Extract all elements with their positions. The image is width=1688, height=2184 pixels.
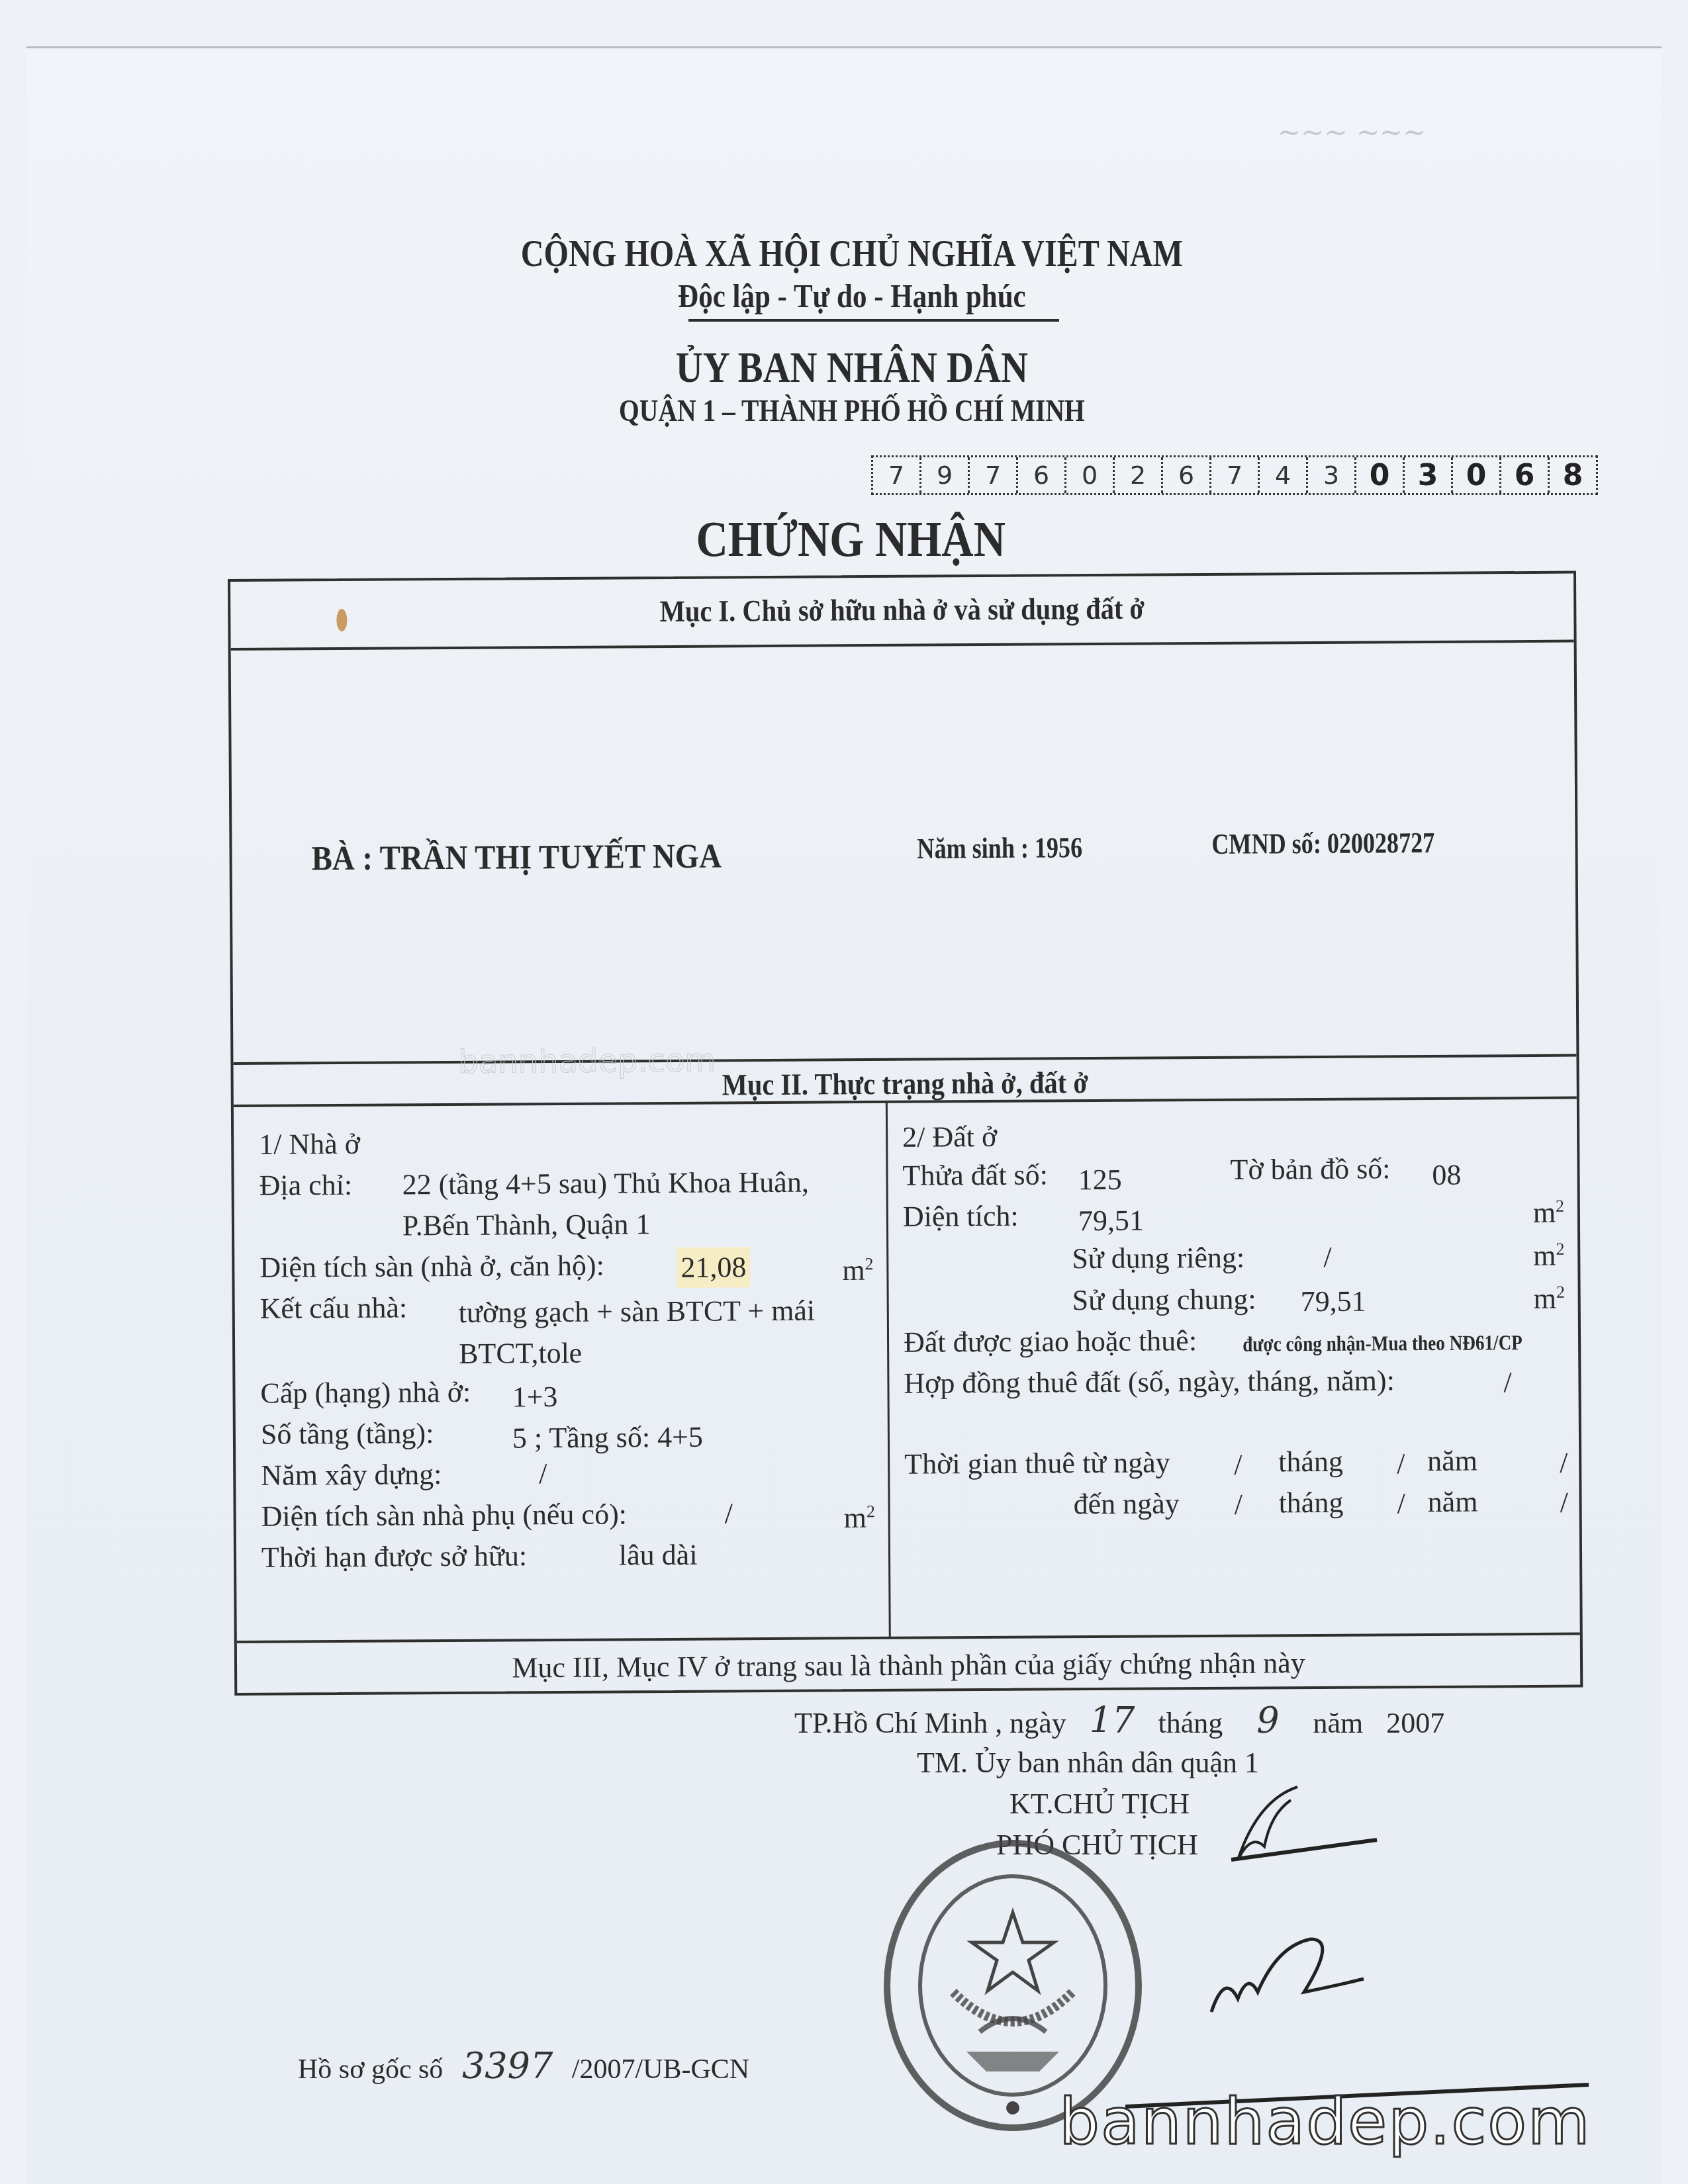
year-built-value: / bbox=[539, 1453, 547, 1494]
lease-to-day: / bbox=[1234, 1484, 1243, 1525]
serial-digit: 8 bbox=[1550, 457, 1596, 493]
floor-area-label: Diện tích sàn (nhà ở, căn hộ): bbox=[259, 1246, 604, 1288]
grade-value: 1+3 bbox=[512, 1377, 557, 1417]
unit-m2: m2 bbox=[843, 1491, 875, 1538]
record-number: 3397 bbox=[462, 2045, 553, 2087]
structure-label: Kết cấu nhà: bbox=[260, 1287, 408, 1328]
unit: m bbox=[1533, 1196, 1556, 1228]
certificate-table: Mục I. Chủ sở hữu nhà ở và sử dụng đất ở… bbox=[228, 571, 1583, 1696]
private-use-label: Sử dụng riêng: bbox=[1072, 1238, 1244, 1279]
issue-day: 17 bbox=[1090, 1700, 1135, 1741]
unit-m2: m2 bbox=[1533, 1229, 1565, 1276]
issue-date-line: TP.Hồ Chí Minh , ngày 17 tháng 9 năm 200… bbox=[794, 1700, 1444, 1741]
original-record-line: Hồ sơ gốc số 3397 /2007/UB-GCN bbox=[298, 2045, 749, 2087]
divider bbox=[231, 640, 1574, 651]
serial-digit: 3 bbox=[1405, 457, 1453, 493]
lease-contract-value: / bbox=[1503, 1362, 1512, 1402]
serial-digit: 6 bbox=[1018, 457, 1066, 493]
lease-contract-label: Hợp đồng thuê đất (số, ngày, tháng, năm)… bbox=[904, 1360, 1395, 1404]
serial-digit: 7 bbox=[1211, 457, 1260, 493]
serial-digit: 0 bbox=[1066, 457, 1115, 493]
shared-use-value: 79,51 bbox=[1301, 1281, 1366, 1322]
private-use-value: / bbox=[1323, 1237, 1332, 1277]
issue-place: TP.Hồ Chí Minh , ngày bbox=[794, 1707, 1066, 1739]
issue-month: 9 bbox=[1256, 1700, 1279, 1741]
unit-exponent: 2 bbox=[1556, 1240, 1564, 1259]
certificate-title: CHỨNG NHẬN bbox=[108, 511, 1593, 569]
unit-m2: m2 bbox=[842, 1244, 874, 1291]
structure-line-1: tường gạch + sàn BTCT + mái bbox=[459, 1291, 816, 1333]
floors-value: 5 ; Tầng số: 4+5 bbox=[512, 1417, 703, 1459]
serial-digit: 4 bbox=[1260, 457, 1308, 493]
serial-digit: 2 bbox=[1115, 457, 1163, 493]
section-2-title: Mục II. Thực trạng nhà ở, đất ở bbox=[314, 1050, 1496, 1105]
address-line-2: P.Bến Thành, Quận 1 bbox=[402, 1204, 651, 1246]
divider bbox=[237, 1633, 1580, 1643]
map-sheet-label: Tờ bản đồ số: bbox=[1230, 1148, 1390, 1189]
map-sheet-value: 08 bbox=[1432, 1155, 1461, 1195]
parcel-label: Thửa đất số: bbox=[902, 1154, 1048, 1195]
lease-from-year: / bbox=[1560, 1443, 1568, 1483]
aux-area-value: / bbox=[724, 1493, 733, 1533]
land-area-label: Diện tích: bbox=[903, 1196, 1019, 1237]
authority-subtitle: QUẬN 1 – THÀNH PHỐ HỒ CHÍ MINH bbox=[126, 393, 1577, 428]
national-motto: Độc lập - Tự do - Hạnh phúc bbox=[126, 277, 1577, 315]
handwritten-annotation: ~~~ ~~~ bbox=[1278, 116, 1427, 148]
unit-exponent: 2 bbox=[1556, 1197, 1564, 1216]
nation-title: CỘNG HOÀ XÃ HỘI CHỦ NGHĨA VIỆT NAM bbox=[126, 233, 1577, 275]
shared-use-label: Sử dụng chung: bbox=[1072, 1279, 1256, 1321]
serial-digit: 6 bbox=[1501, 457, 1550, 493]
house-heading: 1/ Nhà ở bbox=[259, 1124, 360, 1165]
section-3-4-note: Mục III, Mục IV ở trang sau là thành phầ… bbox=[237, 1645, 1580, 1686]
allocation-label: Đất được giao hoặc thuê: bbox=[904, 1320, 1197, 1363]
owner-id-number: CMND số: 020028727 bbox=[1211, 826, 1434, 861]
lease-to-year-label: năm bbox=[1427, 1481, 1477, 1522]
parcel-value: 125 bbox=[1078, 1160, 1121, 1200]
floor-area-value: 21,08 bbox=[677, 1247, 750, 1288]
ownership-term-value: lâu dài bbox=[619, 1535, 698, 1576]
serial-digit: 0 bbox=[1453, 457, 1501, 493]
lease-from-label: Thời gian thuê từ ngày bbox=[904, 1442, 1170, 1484]
signature-icon bbox=[1125, 1774, 1589, 2118]
land-heading: 2/ Đất ở bbox=[902, 1116, 997, 1158]
issue-year: 2007 bbox=[1386, 1707, 1444, 1739]
owner-birth-year: Năm sinh : 1956 bbox=[917, 831, 1082, 866]
ownership-term-label: Thời hạn được sở hữu: bbox=[261, 1535, 527, 1577]
unit-exponent: 2 bbox=[865, 1254, 873, 1273]
allocation-value: được công nhận-Mua theo NĐ61/CP bbox=[1243, 1322, 1523, 1365]
record-label: Hồ sơ gốc số bbox=[298, 2054, 443, 2085]
unit: m bbox=[842, 1254, 865, 1287]
unit: m bbox=[1534, 1282, 1557, 1314]
lease-from-year-label: năm bbox=[1427, 1440, 1477, 1480]
serial-digit: 7 bbox=[970, 457, 1018, 493]
grade-label: Cấp (hạng) nhà ở: bbox=[260, 1372, 471, 1414]
unit-exponent: 2 bbox=[1556, 1283, 1565, 1302]
year-built-label: Năm xây dựng: bbox=[261, 1454, 442, 1496]
lease-to-year: / bbox=[1560, 1482, 1568, 1523]
address-line-1: 22 (tầng 4+5 sau) Thủ Khoa Huân, bbox=[402, 1162, 809, 1205]
land-column: 2/ Đất ở Thửa đất số: 125 Tờ bản đồ số: … bbox=[902, 1113, 1574, 1620]
land-area-value: 79,51 bbox=[1078, 1201, 1144, 1242]
allocation-value-wrap: được công nhận-Mua theo NĐ61/CP bbox=[1243, 1320, 1572, 1365]
serial-digit: 0 bbox=[1356, 457, 1405, 493]
structure-line-2: BTCT,tole bbox=[459, 1333, 583, 1374]
aux-area-label: Diện tích sàn nhà phụ (nếu có): bbox=[261, 1494, 627, 1536]
motto-underline bbox=[688, 319, 1059, 322]
address-label: Địa chỉ: bbox=[259, 1165, 352, 1206]
authority-title: ỦY BAN NHÂN DÂN bbox=[126, 343, 1577, 393]
owner-name: BÀ : TRẦN THỊ TUYẾT NGA bbox=[311, 837, 722, 878]
serial-digit: 3 bbox=[1308, 457, 1356, 493]
lease-from-month-label: tháng bbox=[1278, 1441, 1343, 1482]
floors-label: Số tầng (tầng): bbox=[261, 1413, 434, 1455]
lease-to-month-label: tháng bbox=[1278, 1482, 1343, 1524]
unit: m bbox=[844, 1502, 867, 1534]
unit-exponent: 2 bbox=[867, 1502, 875, 1521]
unit-m2: m2 bbox=[1533, 1186, 1565, 1233]
record-suffix: /2007/UB-GCN bbox=[572, 2054, 749, 2085]
unit-m2: m2 bbox=[1533, 1272, 1565, 1319]
house-column: 1/ Nhà ở Địa chỉ: 22 (tầng 4+5 sau) Thủ … bbox=[259, 1120, 884, 1627]
serial-number-boxes: 797602674303068 bbox=[871, 455, 1598, 495]
serial-digit: 9 bbox=[921, 457, 970, 493]
serial-digit: 6 bbox=[1163, 457, 1211, 493]
month-label: tháng bbox=[1158, 1707, 1223, 1739]
lease-to-month: / bbox=[1397, 1483, 1405, 1524]
unit: m bbox=[1533, 1239, 1556, 1271]
year-label: năm bbox=[1313, 1707, 1364, 1739]
serial-digit: 7 bbox=[873, 457, 921, 493]
lease-from-day: / bbox=[1234, 1445, 1243, 1485]
lease-to-label: đến ngày bbox=[1073, 1483, 1179, 1524]
lease-from-month: / bbox=[1397, 1443, 1405, 1484]
website-watermark: bannhadep.com bbox=[1059, 2085, 1591, 2159]
column-divider bbox=[886, 1101, 891, 1638]
section-1-title: Mục I. Chủ sở hữu nhà ở và sử dụng đất ở bbox=[311, 588, 1493, 631]
